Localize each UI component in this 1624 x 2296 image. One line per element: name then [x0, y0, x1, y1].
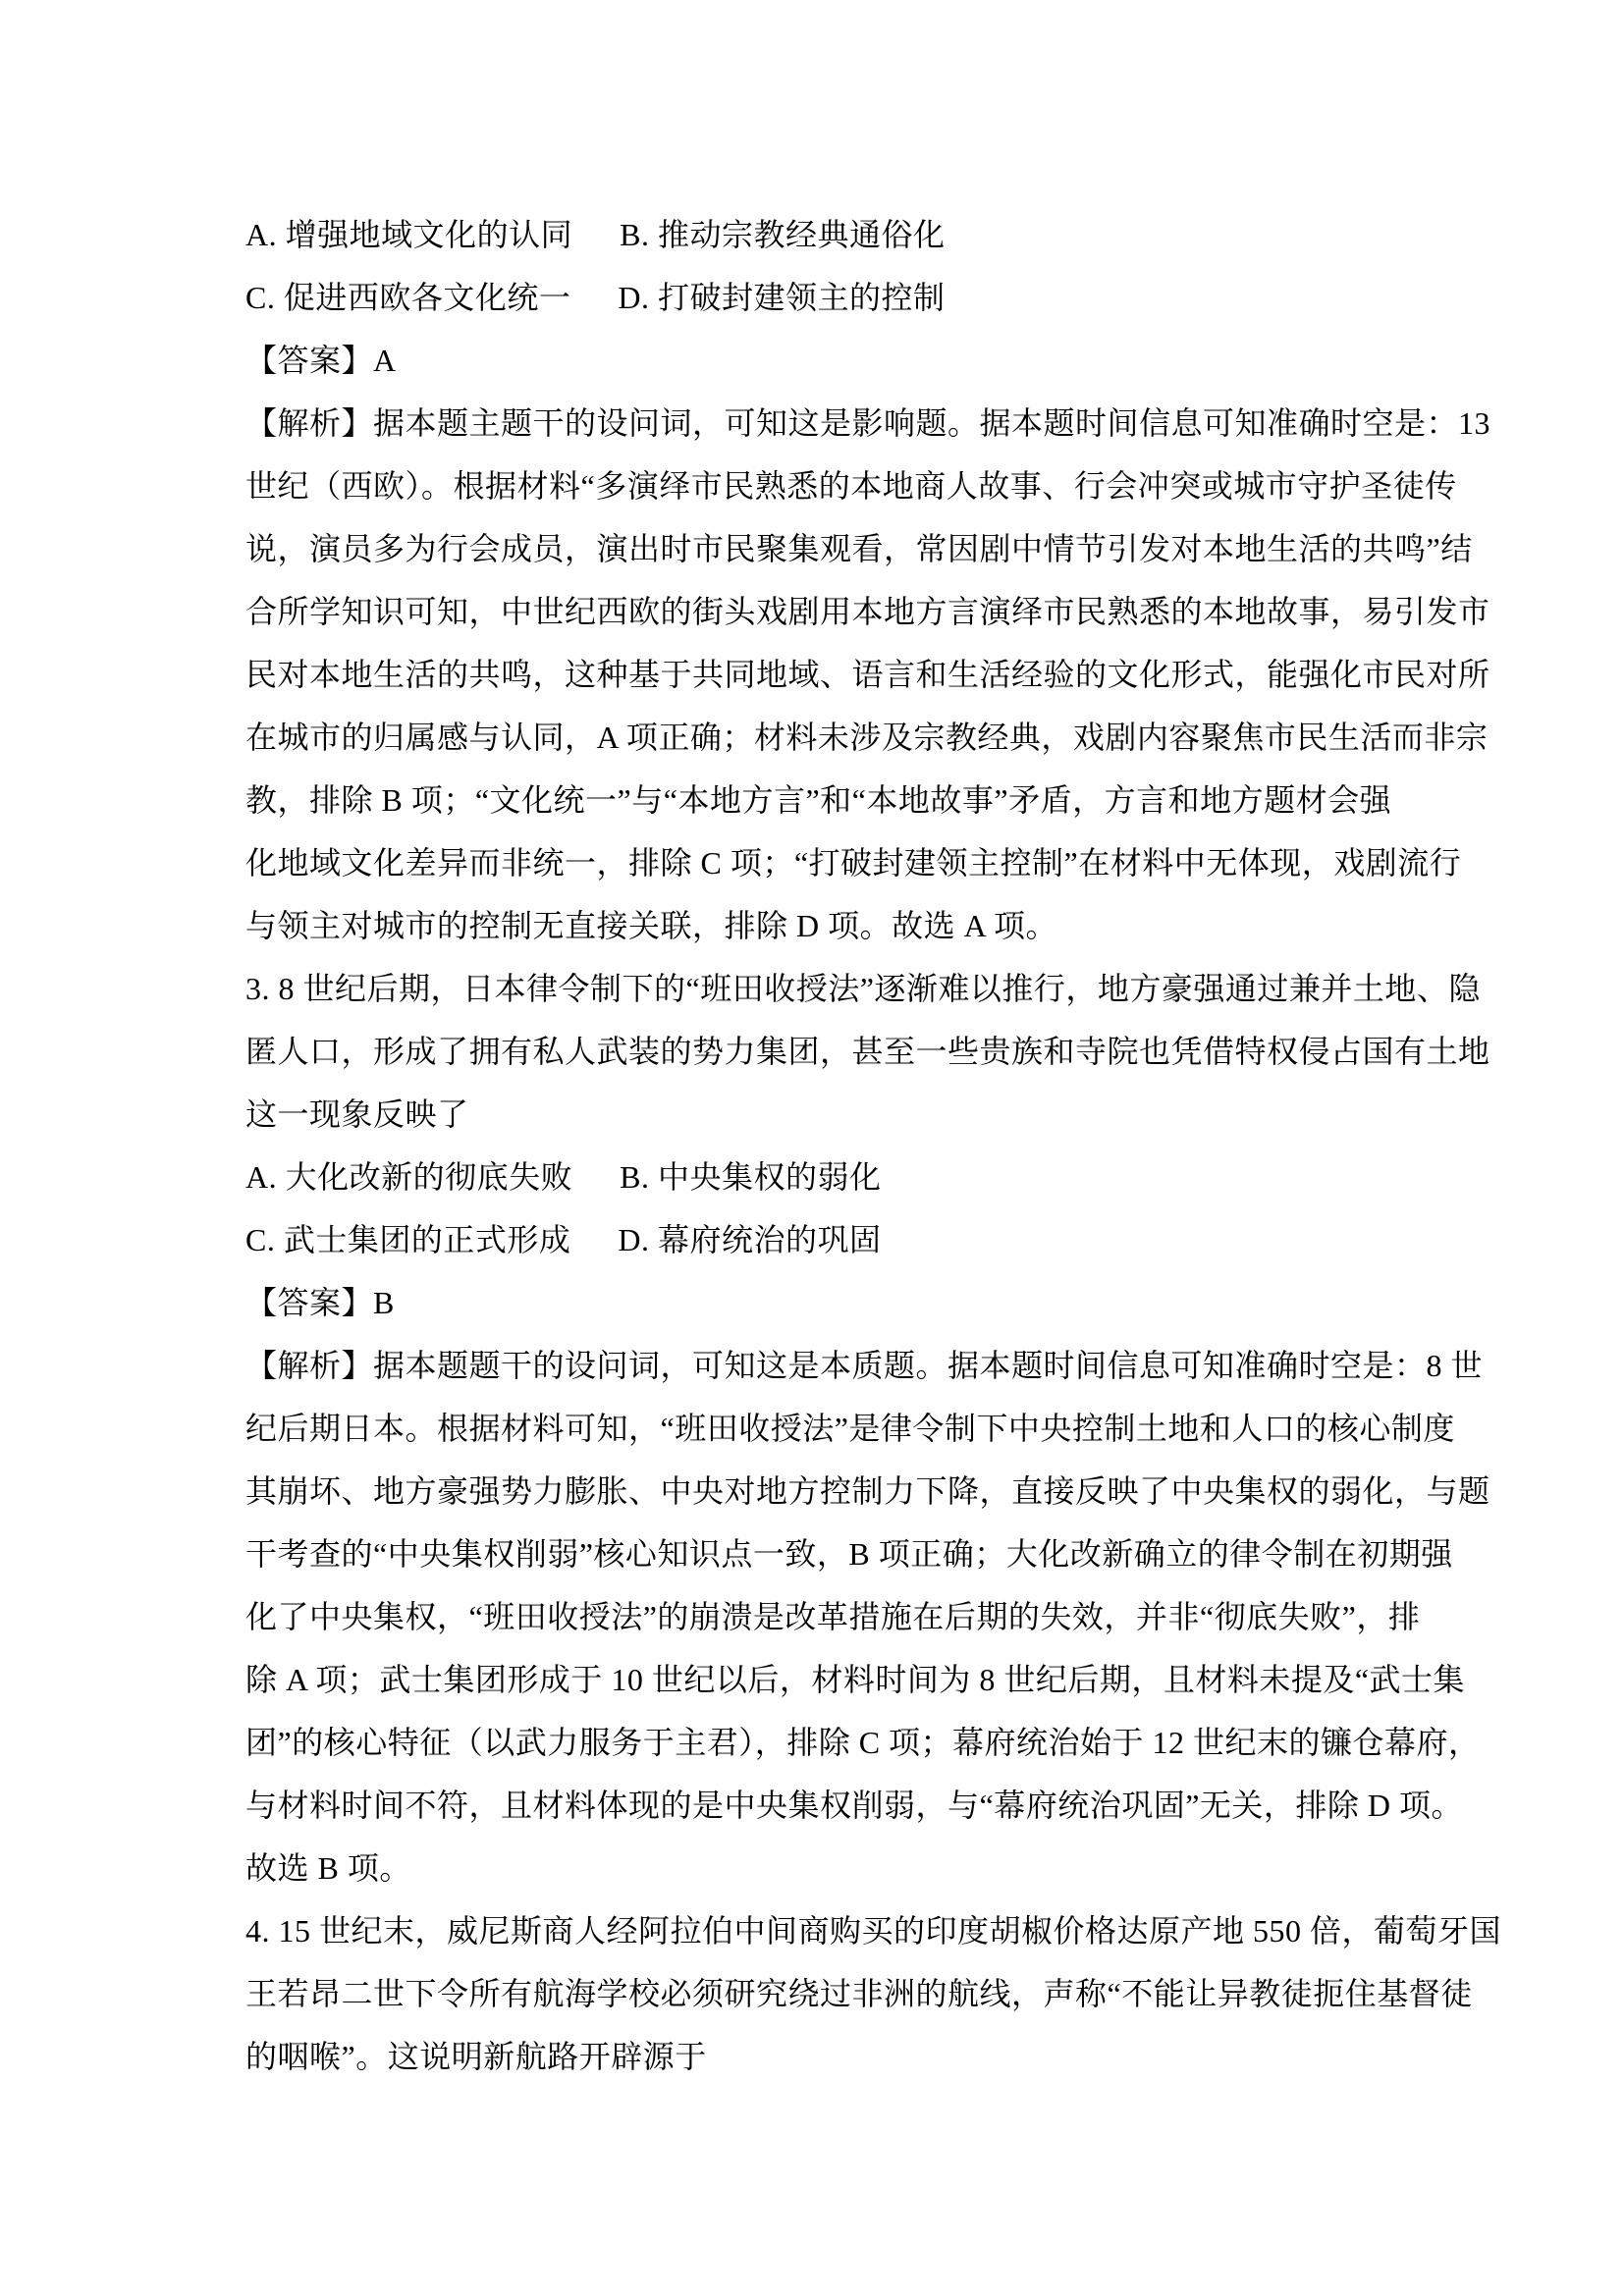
q4-stem-line: 的咽喉”。这说明新航路开辟源于	[245, 2025, 1463, 2088]
document-page: A. 增强地域文化的认同B. 推动宗教经典通俗化 C. 促进西欧各文化统一D. …	[0, 0, 1624, 2296]
q2-analysis-line: 【解析】据本题主题干的设问词，可知这是影响题。据本题时间信息可知准确时空是：13	[245, 392, 1463, 454]
q2-answer-line: 【答案】A	[245, 329, 1463, 392]
q3-analysis-line: 纪后期日本。根据材料可知，“班田收授法”是律令制下中央控制土地和人口的核心制度	[245, 1397, 1463, 1460]
q3-analysis-line: 其崩坏、地方豪强势力膨胀、中央对地方控制力下降，直接反映了中央集权的弱化，与题	[245, 1460, 1463, 1522]
q3-option-a: A. 大化改新的彻底失败	[245, 1159, 572, 1195]
q2-option-a: A. 增强地域文化的认同	[245, 217, 572, 252]
q2-options-row-cd: C. 促进西欧各文化统一D. 打破封建领主的控制	[245, 266, 1463, 329]
q3-option-d: D. 幕府统治的巩固	[618, 1222, 881, 1257]
q2-option-d: D. 打破封建领主的控制	[618, 280, 945, 315]
q4-stem-line: 4. 15 世纪末，威尼斯商人经阿拉伯中间商购买的印度胡椒价格达原产地 550 …	[245, 1899, 1463, 1962]
q3-analysis-line: 团”的核心特征（以武力服务于主君），排除 C 项；幕府统治始于 12 世纪末的镰…	[245, 1711, 1463, 1774]
q2-analysis-line: 说，演员多为行会成员，演出时市民聚集观看，常因剧中情节引发对本地生活的共鸣”结	[245, 517, 1463, 580]
q3-analysis-line: 与材料时间不符，且材料体现的是中央集权削弱，与“幕府统治巩固”无关，排除 D 项…	[245, 1774, 1463, 1837]
q3-stem-line: 这一现象反映了	[245, 1083, 1463, 1146]
q2-analysis-line: 化地域文化差异而非统一，排除 C 项；“打破封建领主控制”在材料中无体现，戏剧流…	[245, 831, 1463, 894]
q2-options-row-ab: A. 增强地域文化的认同B. 推动宗教经典通俗化	[245, 203, 1463, 266]
q2-option-b: B. 推动宗教经典通俗化	[620, 217, 945, 252]
q3-analysis-line: 【解析】据本题题干的设问词，可知这是本质题。据本题时间信息可知准确时空是：8 世	[245, 1334, 1463, 1397]
q3-option-c: C. 武士集团的正式形成	[245, 1222, 570, 1257]
q2-analysis-line: 合所学知识可知，中世纪西欧的街头戏剧用本地方言演绎市民熟悉的本地故事，易引发市	[245, 580, 1463, 643]
q3-options-row-cd: C. 武士集团的正式形成D. 幕府统治的巩固	[245, 1208, 1463, 1271]
q2-analysis-line: 与领主对城市的控制无直接关联，排除 D 项。故选 A 项。	[245, 894, 1463, 957]
q2-analysis-line: 民对本地生活的共鸣，这种基于共同地域、语言和生活经验的文化形式，能强化市民对所	[245, 643, 1463, 706]
q2-analysis-line: 在城市的归属感与认同，A 项正确；材料未涉及宗教经典，戏剧内容聚焦市民生活而非宗	[245, 706, 1463, 769]
q3-option-b: B. 中央集权的弱化	[620, 1159, 881, 1195]
q3-analysis-line: 故选 B 项。	[245, 1837, 1463, 1899]
q2-analysis-line: 教，排除 B 项；“文化统一”与“本地方言”和“本地故事”矛盾，方言和地方题材会…	[245, 769, 1463, 831]
q3-analysis-line: 化了中央集权，“班田收授法”的崩溃是改革措施在后期的失效，并非“彻底失败”，排	[245, 1585, 1463, 1648]
q4-stem-line: 王若昂二世下令所有航海学校必须研究绕过非洲的航线，声称“不能让异教徒扼住基督徒	[245, 1962, 1463, 2025]
q3-answer-line: 【答案】B	[245, 1271, 1463, 1334]
q2-analysis-line: 世纪（西欧）。根据材料“多演绎市民熟悉的本地商人故事、行会冲突或城市守护圣徒传	[245, 454, 1463, 517]
q3-analysis-line: 除 A 项；武士集团形成于 10 世纪以后，材料时间为 8 世纪后期，且材料未提…	[245, 1648, 1463, 1711]
q3-stem-line: 3. 8 世纪后期，日本律令制下的“班田收授法”逐渐难以推行，地方豪强通过兼并土…	[245, 957, 1463, 1020]
q3-options-row-ab: A. 大化改新的彻底失败B. 中央集权的弱化	[245, 1146, 1463, 1208]
q2-option-c: C. 促进西欧各文化统一	[245, 280, 570, 315]
q3-analysis-line: 干考查的“中央集权削弱”核心知识点一致，B 项正确；大化改新确立的律令制在初期强	[245, 1522, 1463, 1585]
page-content: A. 增强地域文化的认同B. 推动宗教经典通俗化 C. 促进西欧各文化统一D. …	[245, 203, 1463, 2088]
q3-stem-line: 匿人口，形成了拥有私人武装的势力集团，甚至一些贵族和寺院也凭借特权侵占国有土地	[245, 1020, 1463, 1083]
